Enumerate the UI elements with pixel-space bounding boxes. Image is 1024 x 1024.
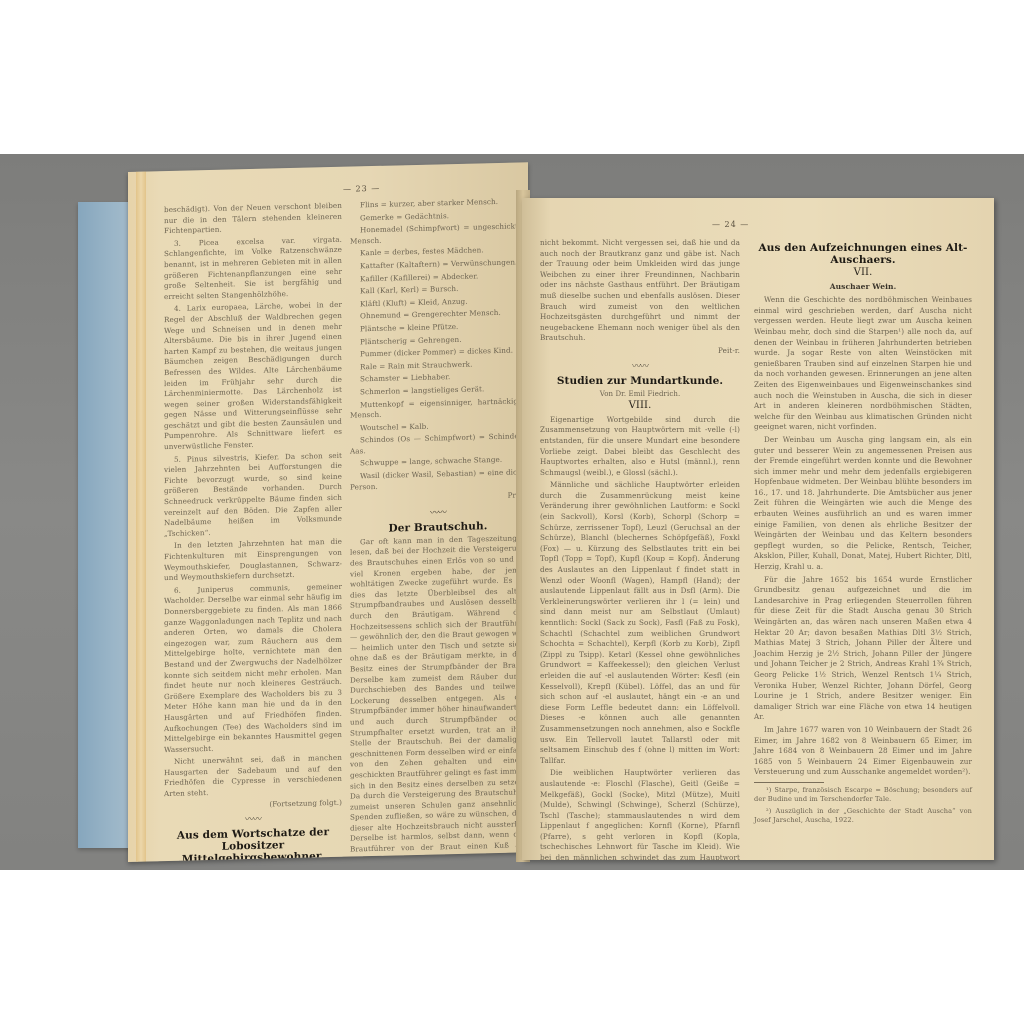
article-number: VII. bbox=[754, 268, 972, 279]
paragraph: Gar oft kann man in den Tageszeitungen l… bbox=[350, 533, 526, 862]
page-number: — 23 — bbox=[343, 184, 380, 194]
paragraph: Wenn die Geschichte des nordböhmischen W… bbox=[754, 295, 972, 433]
signature: Prey. bbox=[350, 491, 526, 506]
paragraph: In den letzten Jahrzehnten hat man die F… bbox=[164, 537, 342, 584]
article-number: VIII. bbox=[540, 401, 740, 412]
right-page: — 24 — nicht bekommt. Nicht vergessen se… bbox=[522, 198, 994, 860]
footnote-rule bbox=[754, 782, 824, 783]
paragraph: nicht bekommt. Nicht vergessen sei, daß … bbox=[540, 238, 740, 344]
paragraph: Nicht unerwähnt sei, daß in manchen Haus… bbox=[164, 753, 342, 800]
paragraph: beschädigt). Von der Neuen verschont ble… bbox=[164, 201, 342, 237]
paragraph: Im Jahre 1677 waren von 10 Weinbauern de… bbox=[754, 725, 972, 778]
footnote: ¹) Starpe, französisch Escarpe = Böschun… bbox=[754, 786, 972, 805]
paragraph: 4. Larix europaea, Lärche, wobei in der … bbox=[164, 300, 342, 453]
article-title-mundartkunde: Studien zur Mundartkunde. bbox=[540, 375, 740, 387]
left-page-column-1: beschädigt). Von der Neuen verschont ble… bbox=[164, 201, 342, 862]
article-subtitle: Auschaer Wein. bbox=[754, 282, 972, 293]
section-divider: 〰〰 bbox=[540, 363, 740, 371]
glossary-entry: Honemadel (Schimpfwort) = ungeschickter … bbox=[350, 221, 526, 246]
right-page-column-1: nicht bekommt. Nicht vergessen sei, daß … bbox=[540, 238, 740, 860]
glossary-entry: Muttenkopf = eigensinniger, hartnäckiger… bbox=[350, 396, 526, 421]
paragraph: Die weiblichen Hauptwörter verlieren das… bbox=[540, 768, 740, 860]
section-divider: 〰〰 bbox=[164, 814, 342, 826]
article-author: Von Dr. Emil Fiedrich. bbox=[540, 389, 740, 400]
footnote: ²) Auszüglich in der „Geschichte der Sta… bbox=[754, 807, 972, 826]
right-page-column-2: Aus den Aufzeichnungen eines Alt-Auschae… bbox=[754, 238, 972, 828]
article-title-auscha: Aus den Aufzeichnungen eines Alt-Auschae… bbox=[754, 242, 972, 266]
paragraph: 3. Picea excelsa var. virgata. Schlangen… bbox=[164, 235, 342, 303]
paragraph: 6. Juniperus communis, gemeiner Wacholde… bbox=[164, 582, 342, 756]
continuation-note: (Fortsetzung folgt.) bbox=[164, 797, 342, 812]
glossary-list: Flins = kurzer, aber starker Mensch.Geme… bbox=[350, 196, 526, 493]
footnotes: ¹) Starpe, französisch Escarpe = Böschun… bbox=[754, 786, 972, 826]
signature: Peit-r. bbox=[540, 346, 740, 357]
glossary-entry: Schindos (Os — Schimpfwort) = Schinders … bbox=[350, 432, 526, 457]
paragraph: 5. Pinus silvestris, Kiefer. Da schon se… bbox=[164, 450, 342, 539]
paragraph: Männliche und sächliche Hauptwörter erle… bbox=[540, 480, 740, 766]
article-title-wortschatz: Aus dem Wortschatze der Lobositzer Mitte… bbox=[164, 826, 342, 862]
section-divider: 〰〰 bbox=[350, 507, 526, 519]
glossary-entry: Wasil (dicker Wasil, Sebastian) = eine d… bbox=[350, 467, 526, 492]
page-number: — 24 — bbox=[712, 220, 749, 229]
left-page: — 23 — beschädigt). Von der Neuen versch… bbox=[128, 162, 528, 862]
left-page-column-2: Flins = kurzer, aber starker Mensch.Geme… bbox=[350, 196, 526, 862]
paragraph: Eigenartige Wortgebilde sind durch die Z… bbox=[540, 415, 740, 479]
paragraph: Der Weinbau um Auscha ging langsam ein, … bbox=[754, 435, 972, 573]
paragraph: Für die Jahre 1652 bis 1654 wurde Ernstl… bbox=[754, 575, 972, 723]
